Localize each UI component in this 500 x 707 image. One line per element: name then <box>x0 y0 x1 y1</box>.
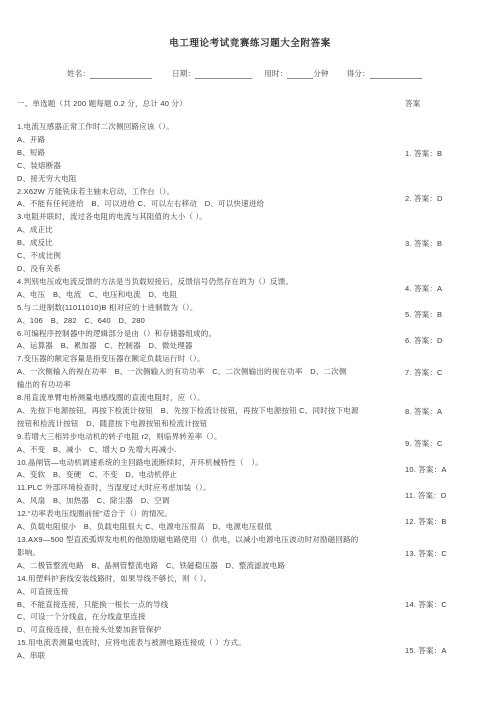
date-label: 日期： <box>172 68 195 79</box>
answer-label: 1. 答案：B <box>397 148 483 159</box>
question-line: 12.“功率表电压线圈前接”适合于（）的情况。 <box>17 508 397 521</box>
exam-document-page: 电工理论考试竞赛练习题大全附答案 姓名： 日期： 用时： 分钟 得分： 一、单选… <box>0 0 500 707</box>
question-block: 7.变压器的额定容量是指变压器在额定负载运行时（）。A、一次侧输入的视在功率 B… <box>17 353 483 392</box>
question-line: 13.AX9—500 型直流弧焊发电机的他励励磁电路使用（）供电，以减小电源电压… <box>17 534 397 547</box>
question-lines: 13.AX9—500 型直流弧焊发电机的他励励磁电路使用（）供电，以减小电源电压… <box>17 534 397 573</box>
question-block: 15.用电流表测量电流时，应将电流表与被测电路连接成（ ）方式。A、串联15. … <box>17 637 483 663</box>
question-line: D、接无穷大电阻 <box>17 173 397 186</box>
question-line: A、开路 <box>17 134 397 147</box>
question-lines: 3.电阻并联时，流过各电阻的电流与其阻值的大小（ ）。A、成正比B、成反比C、不… <box>17 211 397 276</box>
question-line: 4.判别电压或电流反馈的方法是当负载短接后，反馈信号仍然存在的为（）反馈。 <box>17 276 397 289</box>
minutes-label: 分钟 <box>313 68 328 79</box>
question-line: 影响。 <box>17 547 397 560</box>
question-lines: 5.与二进制数(11011010)B 相对应的十进制数为（）。A、106 B、2… <box>17 302 397 328</box>
time-label: 用时： <box>264 68 287 79</box>
question-block: 11.PLC 外部环境检查时，当湿度过大时应考虑加装（）。A、风扇 B、加热器 … <box>17 482 483 508</box>
answer-label: 12. 答案：B <box>397 516 483 527</box>
question-line: A、可直接连接 <box>17 586 397 599</box>
question-line: A、二极管整流电路 B、晶闸管整流电路 C、铁磁稳压器 D、整流滤波电路 <box>17 560 397 573</box>
question-lines: 2.X62W 万能铣床若主轴未启动，工作台（）。A、不能有任何进给 B、可以进给… <box>17 186 397 212</box>
question-line: 1.电流互感器正常工作时二次侧回路应该（）。 <box>17 121 397 134</box>
question-lines: 8.用直流单臂电桥测量电感线圈的直流电阻时，应（）。A、先按下电源按钮，再按下检… <box>17 392 397 431</box>
question-line: 15.用电流表测量电流时，应将电流表与被测电路连接成（ ）方式。 <box>17 637 397 650</box>
answer-label: 7. 答案：C <box>397 367 483 378</box>
answer-label: 5. 答案：B <box>397 309 483 320</box>
section-header-row: 一、单选题（共 200 题每题 0.2 分，总计 40 分） 答案 <box>17 98 483 109</box>
answer-label: 14. 答案：C <box>397 599 483 610</box>
question-block: 6.可编程序控制器中的逻辑部分是由（）和存储器组成的。A、运算器 B、累加器 C… <box>17 328 483 354</box>
answer-label: 8. 答案：A <box>397 406 483 417</box>
question-block: 2.X62W 万能铣床若主轴未启动，工作台（）。A、不能有任何进给 B、可以进给… <box>17 186 483 212</box>
question-lines: 14.用塑料护套线安装线路时，如果导线不够长，则（ ）。A、可直接连接B、不能直… <box>17 573 397 638</box>
question-line: A、串联 <box>17 650 397 663</box>
section-heading: 一、单选题（共 200 题每题 0.2 分，总计 40 分） <box>17 98 397 109</box>
question-lines: 7.变压器的额定容量是指变压器在额定负载运行时（）。A、一次侧输入的视在功率 B… <box>17 353 397 392</box>
question-lines: 15.用电流表测量电流时，应将电流表与被测电路连接成（ ）方式。A、串联 <box>17 637 397 663</box>
question-lines: 1.电流互感器正常工作时二次侧回路应该（）。A、开路B、短路C、装熔断器D、接无… <box>17 121 397 186</box>
question-line: 2.X62W 万能铣床若主轴未启动，工作台（）。 <box>17 186 397 199</box>
question-line: D、没有关系 <box>17 263 397 276</box>
answer-label: 9. 答案：C <box>397 438 483 449</box>
question-list: 1.电流互感器正常工作时二次侧回路应该（）。A、开路B、短路C、装熔断器D、接无… <box>17 121 483 663</box>
question-line: 7.变压器的额定容量是指变压器在额定负载运行时（）。 <box>17 353 397 366</box>
question-line: D、可直接连接，但在接头处要加套管保护 <box>17 624 397 637</box>
question-lines: 12.“功率表电压线圈前接”适合于（）的情况。A、负载电阻很小 B、负载电阻很大… <box>17 508 397 534</box>
question-line: A、106 B、282 C、640 D、280 <box>17 315 397 328</box>
question-lines: 10.晶闸管—电动机调速系统的主回路电流断续时，开环机械特性（ ）。A、变软 B… <box>17 457 397 483</box>
question-line: C、不成比例 <box>17 250 397 263</box>
question-block: 4.判别电压或电流反馈的方法是当负载短接后，反馈信号仍然存在的为（）反馈。A、电… <box>17 276 483 302</box>
question-line: 按钮和检流计按钮 D、随意按下电源按钮和检流计按钮 <box>17 418 397 431</box>
answer-label: 15. 答案：A <box>397 645 483 656</box>
question-block: 10.晶闸管—电动机调速系统的主回路电流断续时，开环机械特性（ ）。A、变软 B… <box>17 457 483 483</box>
question-line: C、装熔断器 <box>17 160 397 173</box>
question-line: 6.可编程序控制器中的逻辑部分是由（）和存储器组成的。 <box>17 328 397 341</box>
question-line: A、风扇 B、加热器 C、除尘器 D、空调 <box>17 495 397 508</box>
meta-row: 姓名： 日期： 用时： 分钟 得分： <box>67 68 500 79</box>
question-block: 14.用塑料护套线安装线路时，如果导线不够长，则（ ）。A、可直接连接B、不能直… <box>17 573 483 638</box>
question-line: 9.若增大三相异步电动机的转子电阻 r2，则临界转差率（）。 <box>17 431 397 444</box>
question-line: A、不变 B、减小 C、增大 D 先增大再减小. <box>17 444 397 457</box>
question-line: 14.用塑料护套线安装线路时，如果导线不够长，则（ ）。 <box>17 573 397 586</box>
question-lines: 9.若增大三相异步电动机的转子电阻 r2，则临界转差率（）。A、不变 B、减小 … <box>17 431 397 457</box>
question-line: B、不能直接连接，只能换一根长一点的导线 <box>17 599 397 612</box>
answer-label: 3. 答案：B <box>397 238 483 249</box>
question-line: 10.晶闸管—电动机调速系统的主回路电流断续时，开环机械特性（ ）。 <box>17 457 397 470</box>
question-line: B、短路 <box>17 147 397 160</box>
question-block: 13.AX9—500 型直流弧焊发电机的他励励磁电路使用（）供电，以减小电源电压… <box>17 534 483 573</box>
date-blank-line <box>195 71 252 79</box>
page-title: 电工理论考试竞赛练习题大全附答案 <box>0 0 500 49</box>
question-line: 输出的有功功率 <box>17 379 397 392</box>
answer-label: 11. 答案：D <box>397 490 483 501</box>
question-line: B、成反比 <box>17 237 397 250</box>
answer-label: 10. 答案：A <box>397 464 483 475</box>
question-line: 11.PLC 外部环境检查时，当湿度过大时应考虑加装（）。 <box>17 482 397 495</box>
answer-label: 4. 答案：A <box>397 283 483 294</box>
score-blank-line <box>370 71 422 79</box>
question-line: A、成正比 <box>17 224 397 237</box>
answer-label: 2. 答案：D <box>397 193 483 204</box>
question-line: 3.电阻并联时，流过各电阻的电流与其阻值的大小（ ）。 <box>17 211 397 224</box>
question-line: 5.与二进制数(11011010)B 相对应的十进制数为（）。 <box>17 302 397 315</box>
question-lines: 6.可编程序控制器中的逻辑部分是由（）和存储器组成的。A、运算器 B、累加器 C… <box>17 328 397 354</box>
question-lines: 11.PLC 外部环境检查时，当湿度过大时应考虑加装（）。A、风扇 B、加热器 … <box>17 482 397 508</box>
question-line: 8.用直流单臂电桥测量电感线圈的直流电阻时，应（）。 <box>17 392 397 405</box>
answer-label: 13. 答案：C <box>397 548 483 559</box>
question-block: 12.“功率表电压线圈前接”适合于（）的情况。A、负载电阻很小 B、负载电阻很大… <box>17 508 483 534</box>
question-line: A、不能有任何进给 B、可以进给 C、可以左右移动 D、可以快速进给 <box>17 198 397 211</box>
question-block: 8.用直流单臂电桥测量电感线圈的直流电阻时，应（）。A、先按下电源按钮，再按下检… <box>17 392 483 431</box>
question-line: A、电压 B、电流 C、电压和电流 D、电阻 <box>17 289 397 302</box>
question-block: 5.与二进制数(11011010)B 相对应的十进制数为（）。A、106 B、2… <box>17 302 483 328</box>
question-line: A、负载电阻很小 B、负载电阻很大 C、电源电压很高 D、电源电压很低 <box>17 521 397 534</box>
answer-label: 6. 答案：D <box>397 335 483 346</box>
name-blank-line <box>90 71 152 79</box>
question-line: C、可设一个分线盒，在分线盒里连接 <box>17 611 397 624</box>
score-label: 得分： <box>347 68 370 79</box>
name-label: 姓名： <box>67 68 90 79</box>
question-line: A、一次侧输入的视在功率 B、一次侧输入的有功功率 C、二次侧输出的视在功率 D… <box>17 366 397 379</box>
question-block: 1.电流互感器正常工作时二次侧回路应该（）。A、开路B、短路C、装熔断器D、接无… <box>17 121 483 186</box>
question-block: 9.若增大三相异步电动机的转子电阻 r2，则临界转差率（）。A、不变 B、减小 … <box>17 431 483 457</box>
question-lines: 4.判别电压或电流反馈的方法是当负载短接后，反馈信号仍然存在的为（）反馈。A、电… <box>17 276 397 302</box>
answer-column-header: 答案 <box>397 98 483 109</box>
question-line: A、运算器 B、累加器 C、控制器 D、微处理器 <box>17 340 397 353</box>
time-blank-line <box>287 71 313 79</box>
question-line: A、先按下电源按钮，再按下检流计按钮 B、先按下检流计按钮，再按下电源按钮 C、… <box>17 405 397 418</box>
question-line: A、变软 B、变硬 C、不变 D、电动机停止 <box>17 469 397 482</box>
question-block: 3.电阻并联时，流过各电阻的电流与其阻值的大小（ ）。A、成正比B、成反比C、不… <box>17 211 483 276</box>
